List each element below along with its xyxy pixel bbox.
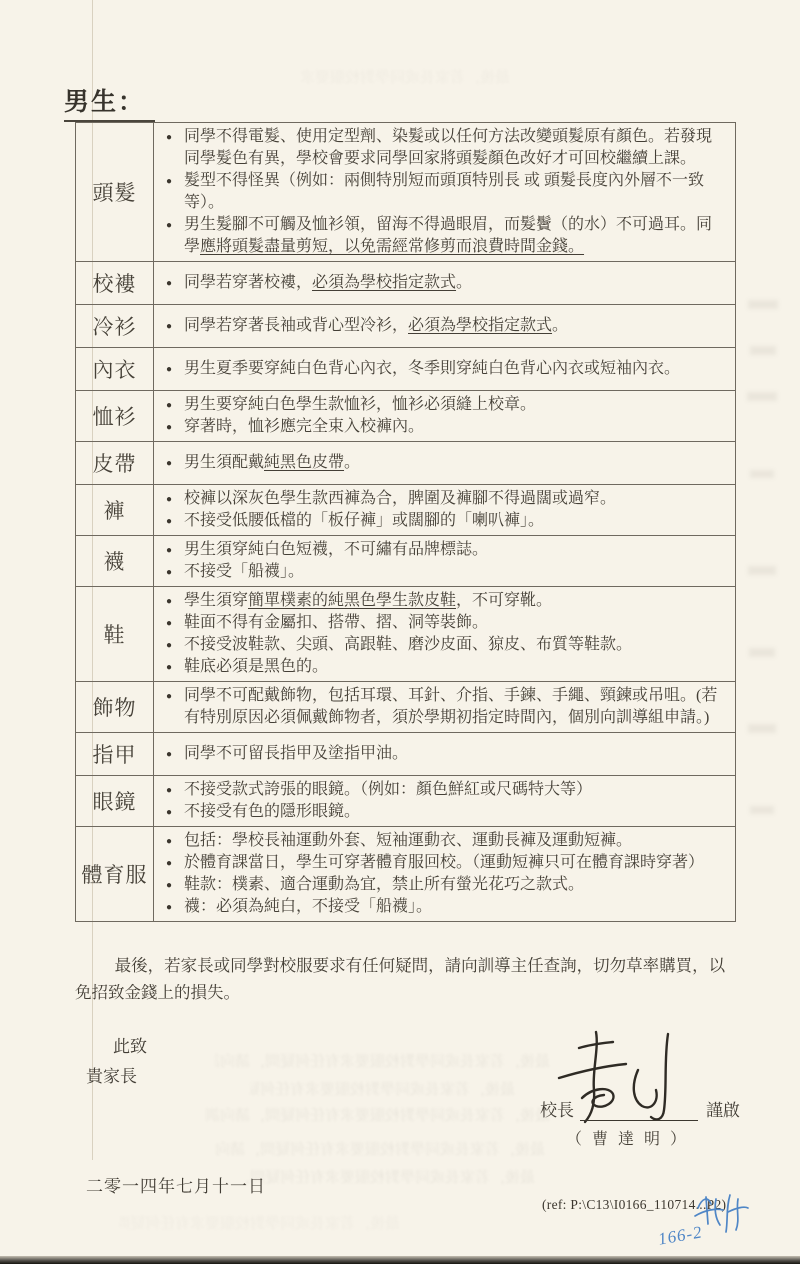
rule-text: 男生要穿純白色學生款恤衫，恤衫必須縫上校章。 xyxy=(184,394,729,416)
row-label: 體育服 xyxy=(76,827,154,921)
table-row: 褲●校褲以深灰色學生款西褲為合，脾圍及褲腳不得過闊或過窄。●不接受低腰低檔的「板… xyxy=(76,485,735,536)
row-label: 皮帶 xyxy=(76,442,154,484)
rule-item: ●不接受波鞋款、尖頭、高跟鞋、磨沙皮面、猄皮、布質等鞋款。 xyxy=(154,634,729,656)
rule-item: ●同學不可留長指甲及塗指甲油。 xyxy=(154,743,729,765)
rule-item: ●學生須穿簡單樸素的純黑色學生款皮鞋，不可穿靴。 xyxy=(154,590,729,612)
row-label: 指甲 xyxy=(76,733,154,775)
signature-closing-label: 謹啟 xyxy=(698,1096,740,1121)
row-label: 褲 xyxy=(76,485,154,535)
page-title: 男生： xyxy=(64,82,155,122)
scan-bottom-edge xyxy=(0,1256,800,1264)
rule-item: ●鞋面不得有金屬扣、搭帶、摺、洞等裝飾。 xyxy=(154,612,729,634)
rule-text: 男生夏季要穿純白色背心內衣，冬季則穿純白色背心內衣或短袖內衣。 xyxy=(184,358,729,380)
bullet-icon: ● xyxy=(154,780,184,802)
bleed-mark xyxy=(748,300,778,309)
table-row: 冷衫●同學若穿著長袖或背心型冷衫，必須為學校指定款式。 xyxy=(76,305,735,348)
table-row: 鞋●學生須穿簡單樸素的純黑色學生款皮鞋，不可穿靴。●鞋面不得有金屬扣、搭帶、摺、… xyxy=(76,587,735,682)
rule-item: ●男生須穿純白色短襪，不可繡有品牌標誌。 xyxy=(154,539,729,561)
rule-text: 同學不可配戴飾物，包括耳環、耳針、介指、手鍊、手繩、頸鍊或吊咀。(若有特別原因必… xyxy=(184,685,729,729)
rule-item: ●男生夏季要穿純白色背心內衣，冬季則穿純白色背心內衣或短袖內衣。 xyxy=(154,358,729,380)
table-row: 體育服●包括：學校長袖運動外套、短袖運動衣、運動長褲及運動短褲。●於體育課當日，… xyxy=(76,827,735,921)
rule-text: 鞋款：樸素、適合運動為宜，禁止所有螢光花巧之款式。 xyxy=(184,874,729,896)
bullet-icon: ● xyxy=(154,591,184,613)
table-row: 眼鏡●不接受款式誇張的眼鏡。（例如：顏色鮮紅或尺碼特大等）●不接受有色的隱形眼鏡… xyxy=(76,776,735,827)
row-rules: ●同學不得電髮、使用定型劑、染髮或以任何方法改變頭髮原有顏色。若發現同學髮色有異… xyxy=(154,123,735,261)
bleed-mark xyxy=(750,346,776,355)
row-label: 內衣 xyxy=(76,348,154,390)
rule-item: ●不接受「船襪」。 xyxy=(154,561,729,583)
bullet-icon: ● xyxy=(154,853,184,875)
valediction-recipient: 貴家長 xyxy=(86,1062,137,1087)
rule-item: ●男生須配戴純黑色皮帶。 xyxy=(154,452,729,474)
bleed-through-text: 最後，若家長或同學對校服要求有任何疑問，請向訓導主任查詢，切勿草率購買，以免招致… xyxy=(250,1078,515,1098)
table-row: 校褸●同學若穿著校褸，必須為學校指定款式。 xyxy=(76,262,735,305)
rule-item: ●男生髮腳不可觸及恤衫領，留海不得過眼眉，而髮鬢（的水）不可過耳。同學應將頭髮盡… xyxy=(154,214,729,258)
rule-text: 不接受有色的隱形眼鏡。 xyxy=(184,801,729,823)
bullet-icon: ● xyxy=(154,897,184,919)
bullet-icon: ● xyxy=(154,635,184,657)
bleed-mark xyxy=(750,806,774,814)
rule-item: ●同學不可配戴飾物，包括耳環、耳針、介指、手鍊、手繩、頸鍊或吊咀。(若有特別原因… xyxy=(154,685,729,729)
closing-paragraph: 最後，若家長或同學對校服要求有任何疑問，請向訓導主任查詢，切勿草率購買，以免招致… xyxy=(75,952,737,1006)
table-row: 皮帶●男生須配戴純黑色皮帶。 xyxy=(76,442,735,485)
row-rules: ●男生要穿純白色學生款恤衫，恤衫必須縫上校章。●穿著時，恤衫應完全束入校褲內。 xyxy=(154,391,735,441)
rule-text: 包括：學校長袖運動外套、短袖運動衣、運動長褲及運動短褲。 xyxy=(184,830,729,852)
principal-name: （ 曹 達 明 ） xyxy=(566,1126,689,1149)
rule-text: 同學若穿著長袖或背心型冷衫，必須為學校指定款式。 xyxy=(184,315,729,337)
rule-text: 男生須穿純白色短襪，不可繡有品牌標誌。 xyxy=(184,539,729,561)
bullet-icon: ● xyxy=(154,273,184,295)
bleed-mark xyxy=(749,648,775,657)
bleed-mark xyxy=(748,724,776,733)
bleed-through-text: 最後，若家長或同學對校服要求有任何疑問，請向訓導主任查詢，切勿草率購買，以免招致… xyxy=(215,1138,545,1158)
row-rules: ●學生須穿簡單樸素的純黑色學生款皮鞋，不可穿靴。●鞋面不得有金屬扣、搭帶、摺、洞… xyxy=(154,587,735,681)
bullet-icon: ● xyxy=(154,613,184,635)
bullet-icon: ● xyxy=(154,562,184,584)
row-label: 恤衫 xyxy=(76,391,154,441)
rule-text: 同學不得電髮、使用定型劑、染髮或以任何方法改變頭髮原有顏色。若發現同學髮色有異，… xyxy=(184,126,729,170)
valediction-salute: 此致 xyxy=(113,1032,147,1057)
rule-text: 男生髮腳不可觸及恤衫領，留海不得過眼眉，而髮鬢（的水）不可過耳。同學應將頭髮盡量… xyxy=(184,214,729,258)
rule-item: ●於體育課當日，學生可穿著體育服回校。（運動短褲只可在體育課時穿著） xyxy=(154,852,729,874)
document-date: 二零一四年七月十一日 xyxy=(86,1172,266,1197)
bullet-icon: ● xyxy=(154,875,184,897)
bleed-through-text: 最後，若家長或同學對校服要求有任何疑問，請向訓導主任查詢，切勿草率購買，以免招致… xyxy=(215,1050,550,1070)
row-label: 鞋 xyxy=(76,587,154,681)
signature-role-label: 校長 xyxy=(540,1096,580,1121)
rule-item: ●穿著時，恤衫應完全束入校褲內。 xyxy=(154,416,729,438)
rule-text: 不接受「船襪」。 xyxy=(184,561,729,583)
signature-line-row: 校長 謹啟 xyxy=(540,1096,740,1121)
table-row: 飾物●同學不可配戴飾物，包括耳環、耳針、介指、手鍊、手繩、頸鍊或吊咀。(若有特別… xyxy=(76,682,735,733)
row-rules: ●同學不可配戴飾物，包括耳環、耳針、介指、手鍊、手繩、頸鍊或吊咀。(若有特別原因… xyxy=(154,682,735,732)
bullet-icon: ● xyxy=(154,453,184,475)
bleed-mark xyxy=(747,392,777,401)
rule-item: ●鞋底必須是黑色的。 xyxy=(154,656,729,678)
row-rules: ●同學不可留長指甲及塗指甲油。 xyxy=(154,733,735,775)
rule-item: ●同學若穿著長袖或背心型冷衫，必須為學校指定款式。 xyxy=(154,315,729,337)
rule-item: ●校褲以深灰色學生款西褲為合，脾圍及褲腳不得過闊或過窄。 xyxy=(154,488,729,510)
row-rules: ●包括：學校長袖運動外套、短袖運動衣、運動長褲及運動短褲。●於體育課當日，學生可… xyxy=(154,827,735,921)
bullet-icon: ● xyxy=(154,802,184,824)
rule-item: ●襪：必須為純白，不接受「船襪」。 xyxy=(154,896,729,918)
row-rules: ●校褲以深灰色學生款西褲為合，脾圍及褲腳不得過闊或過窄。●不接受低腰低檔的「板仔… xyxy=(154,485,735,535)
rule-item: ●同學不得電髮、使用定型劑、染髮或以任何方法改變頭髮原有顏色。若發現同學髮色有異… xyxy=(154,126,729,170)
rule-text: 鞋底必須是黑色的。 xyxy=(184,656,729,678)
rule-text: 穿著時，恤衫應完全束入校褲內。 xyxy=(184,416,729,438)
rule-item: ●不接受款式誇張的眼鏡。（例如：顏色鮮紅或尺碼特大等） xyxy=(154,779,729,801)
bullet-icon: ● xyxy=(154,489,184,511)
rules-table-body: 頭髮●同學不得電髮、使用定型劑、染髮或以任何方法改變頭髮原有顏色。若發現同學髮色… xyxy=(76,123,735,921)
table-row: 襪●男生須穿純白色短襪，不可繡有品牌標誌。●不接受「船襪」。 xyxy=(76,536,735,587)
bleed-through-text: 最後，若家長或同學對校服要求有任何疑問，請向訓導主任查詢，切勿草率購買，以免招致… xyxy=(300,66,510,86)
rules-table: 頭髮●同學不得電髮、使用定型劑、染髮或以任何方法改變頭髮原有顏色。若發現同學髮色… xyxy=(75,122,736,922)
bullet-icon: ● xyxy=(154,744,184,766)
rule-text: 襪：必須為純白，不接受「船襪」。 xyxy=(184,896,729,918)
rule-text: 同學若穿著校褸，必須為學校指定款式。 xyxy=(184,272,729,294)
row-rules: ●不接受款式誇張的眼鏡。（例如：顏色鮮紅或尺碼特大等）●不接受有色的隱形眼鏡。 xyxy=(154,776,735,826)
rule-text: 於體育課當日，學生可穿著體育服回校。（運動短褲只可在體育課時穿著） xyxy=(184,852,729,874)
annotation-number: 166-2 xyxy=(657,1222,704,1249)
table-row: 指甲●同學不可留長指甲及塗指甲油。 xyxy=(76,733,735,776)
rule-text: 髮型不得怪異（例如：兩側特別短而頭頂特別長 或 頭髮長度內外層不一致等）。 xyxy=(184,170,729,214)
bullet-icon: ● xyxy=(154,127,184,171)
bleed-through-text: 最後，若家長或同學對校服要求有任何疑問，請向訓導主任查詢，切勿草率購買，以免招致… xyxy=(120,1212,400,1232)
rule-text: 鞋面不得有金屬扣、搭帶、摺、洞等裝飾。 xyxy=(184,612,729,634)
rule-text: 不接受低腰低檔的「板仔褲」或闊腳的「喇叭褲」。 xyxy=(184,510,729,532)
bullet-icon: ● xyxy=(154,395,184,417)
row-label: 校褸 xyxy=(76,262,154,304)
bullet-icon: ● xyxy=(154,316,184,338)
bleed-through-text: 最後，若家長或同學對校服要求有任何疑問，請向訓導主任查詢，切勿草率購買，以免招致… xyxy=(235,1166,535,1186)
row-rules: ●男生夏季要穿純白色背心內衣，冬季則穿純白色背心內衣或短袖內衣。 xyxy=(154,348,735,390)
table-row: 內衣●男生夏季要穿純白色背心內衣，冬季則穿純白色背心內衣或短袖內衣。 xyxy=(76,348,735,391)
rule-text: 同學不可留長指甲及塗指甲油。 xyxy=(184,743,729,765)
row-label: 襪 xyxy=(76,536,154,586)
row-rules: ●同學若穿著校褸，必須為學校指定款式。 xyxy=(154,262,735,304)
rule-text: 學生須穿簡單樸素的純黑色學生款皮鞋，不可穿靴。 xyxy=(184,590,729,612)
row-label: 眼鏡 xyxy=(76,776,154,826)
row-label: 頭髮 xyxy=(76,123,154,261)
rule-item: ●不接受低腰低檔的「板仔褲」或闊腳的「喇叭褲」。 xyxy=(154,510,729,532)
rule-item: ●同學若穿著校褸，必須為學校指定款式。 xyxy=(154,272,729,294)
bullet-icon: ● xyxy=(154,686,184,730)
table-row: 頭髮●同學不得電髮、使用定型劑、染髮或以任何方法改變頭髮原有顏色。若發現同學髮色… xyxy=(76,123,735,262)
rule-item: ●男生要穿純白色學生款恤衫，恤衫必須縫上校章。 xyxy=(154,394,729,416)
bullet-icon: ● xyxy=(154,831,184,853)
bleed-mark xyxy=(748,566,776,575)
signature-line xyxy=(580,1100,698,1121)
row-label: 冷衫 xyxy=(76,305,154,347)
row-rules: ●同學若穿著長袖或背心型冷衫，必須為學校指定款式。 xyxy=(154,305,735,347)
bullet-icon: ● xyxy=(154,171,184,215)
bleed-mark xyxy=(750,470,774,478)
row-rules: ●男生須配戴純黑色皮帶。 xyxy=(154,442,735,484)
rule-text: 不接受波鞋款、尖頭、高跟鞋、磨沙皮面、猄皮、布質等鞋款。 xyxy=(184,634,729,656)
bullet-icon: ● xyxy=(154,359,184,381)
bullet-icon: ● xyxy=(154,417,184,439)
rule-text: 校褲以深灰色學生款西褲為合，脾圍及褲腳不得過闊或過窄。 xyxy=(184,488,729,510)
bullet-icon: ● xyxy=(154,215,184,259)
bullet-icon: ● xyxy=(154,657,184,679)
rule-item: ●包括：學校長袖運動外套、短袖運動衣、運動長褲及運動短褲。 xyxy=(154,830,729,852)
handwritten-annotation: 166-2 xyxy=(652,1196,762,1260)
rule-item: ●髮型不得怪異（例如：兩側特別短而頭頂特別長 或 頭髮長度內外層不一致等）。 xyxy=(154,170,729,214)
rule-item: ●不接受有色的隱形眼鏡。 xyxy=(154,801,729,823)
bleed-through-text: 最後，若家長或同學對校服要求有任何疑問，請向訓導主任查詢，切勿草率購買，以免招致… xyxy=(205,1104,550,1124)
table-row: 恤衫●男生要穿純白色學生款恤衫，恤衫必須縫上校章。●穿著時，恤衫應完全束入校褲內… xyxy=(76,391,735,442)
rule-item: ●鞋款：樸素、適合運動為宜，禁止所有螢光花巧之款式。 xyxy=(154,874,729,896)
row-rules: ●男生須穿純白色短襪，不可繡有品牌標誌。●不接受「船襪」。 xyxy=(154,536,735,586)
bullet-icon: ● xyxy=(154,540,184,562)
rule-text: 男生須配戴純黑色皮帶。 xyxy=(184,452,729,474)
rule-text: 不接受款式誇張的眼鏡。（例如：顏色鮮紅或尺碼特大等） xyxy=(184,779,729,801)
bullet-icon: ● xyxy=(154,511,184,533)
row-label: 飾物 xyxy=(76,682,154,732)
